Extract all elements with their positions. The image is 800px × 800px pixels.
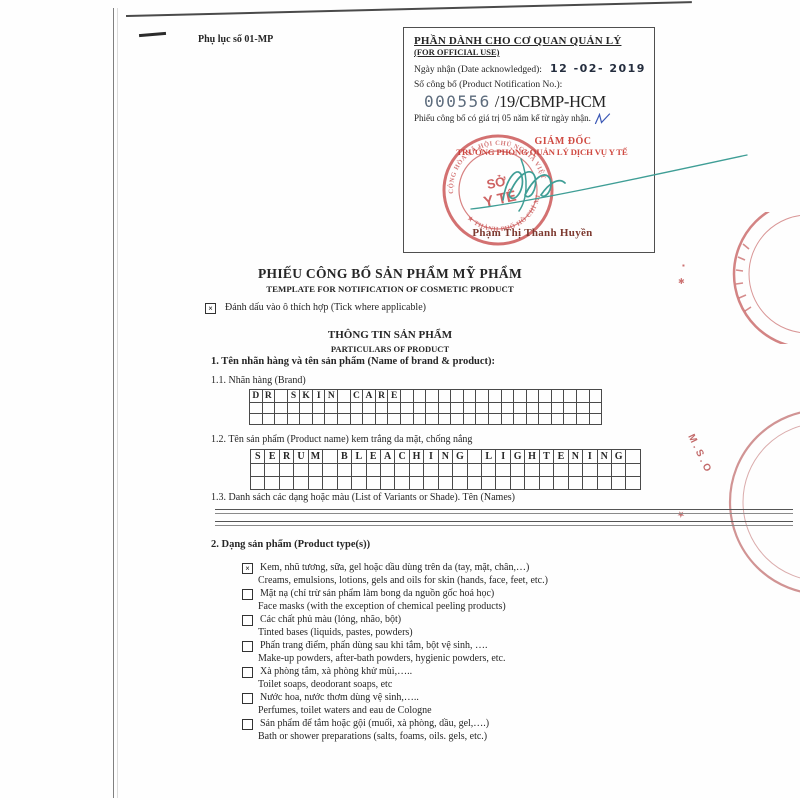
grid-cell xyxy=(489,403,502,413)
grid-cell xyxy=(626,450,639,463)
grid-cell xyxy=(511,464,525,476)
grid-cell xyxy=(590,403,602,413)
grid-cell xyxy=(554,464,568,476)
grid-cell: L xyxy=(482,450,496,463)
product-type-checkbox xyxy=(242,667,253,678)
grid-cell: U xyxy=(294,450,308,463)
grid-cell xyxy=(453,464,467,476)
grid-cell: C xyxy=(351,390,364,402)
grid-cell xyxy=(275,390,288,402)
grid-cell xyxy=(338,403,351,413)
grid-cell: A xyxy=(381,450,395,463)
grid-cell xyxy=(280,464,294,476)
grid-cell xyxy=(451,390,464,402)
product-type-en: Bath or shower preparations (salts, foam… xyxy=(258,730,682,743)
grid-cell xyxy=(388,403,401,413)
grid-cell xyxy=(502,403,515,413)
notification-suffix: /19/CBMP-HCM xyxy=(495,92,606,111)
grid-cell: G xyxy=(511,450,525,463)
variants-label: 1.3. Danh sách các dạng hoặc màu (List o… xyxy=(211,492,515,503)
product-type-vi: Các chất phủ màu (lỏng, nhão, bột) xyxy=(260,613,401,626)
grid-cell xyxy=(265,464,279,476)
product-type-checkbox xyxy=(242,589,253,600)
grid-cell xyxy=(395,477,409,489)
grid-cell: L xyxy=(352,450,366,463)
grid-cell xyxy=(540,477,554,489)
product-type-vi: Xà phòng tắm, xà phòng khử mùi,….. xyxy=(260,665,412,678)
grid-cell xyxy=(250,403,263,413)
product-name-label: 1.2. Tên sản phẩm (Product name) kem trắ… xyxy=(211,434,472,445)
grid-cell xyxy=(424,477,438,489)
grid-cell xyxy=(367,477,381,489)
section-info-heading-en: PARTICULARS OF PRODUCT xyxy=(170,344,610,354)
stray-pen-mark xyxy=(139,32,166,37)
grid-cell xyxy=(514,403,527,413)
grid-cell xyxy=(511,477,525,489)
list-item: Các chất phủ màu (lỏng, nhão, bột) xyxy=(242,613,682,626)
grid-cell xyxy=(352,464,366,476)
grid-cell xyxy=(426,403,439,413)
grid-cell xyxy=(626,464,639,476)
grid-cell xyxy=(468,450,482,463)
grid-cell xyxy=(426,414,439,424)
grid-cell xyxy=(309,477,323,489)
grid-cell xyxy=(476,403,489,413)
grid-cell: H xyxy=(525,450,539,463)
grid-cell: M xyxy=(309,450,323,463)
grid-cell xyxy=(527,403,540,413)
tick-checkbox: × xyxy=(205,303,216,314)
document-title-vi: PHIẾU CÔNG BỐ SẢN PHẨM MỸ PHẨM xyxy=(170,266,610,282)
product-grid: SERUMBLEACHINGLIGHTENING xyxy=(250,449,641,490)
grid-cell xyxy=(410,464,424,476)
grid-cell xyxy=(564,390,577,402)
page-edge-line xyxy=(113,8,114,798)
grid-cell xyxy=(554,477,568,489)
grid-cell xyxy=(265,477,279,489)
grid-cell: I xyxy=(424,450,438,463)
tick-instruction-row: × Đánh dấu vào ô thích hợp (Tick where a… xyxy=(205,302,426,314)
grid-cell xyxy=(395,464,409,476)
product-type-checkbox: × xyxy=(242,563,253,574)
grid-cell xyxy=(381,477,395,489)
product-type-checkbox xyxy=(242,615,253,626)
grid-cell xyxy=(527,390,540,402)
grid-cell xyxy=(280,477,294,489)
grid-cell xyxy=(323,464,337,476)
product-type-en: Make-up powders, after-bath powders, hyg… xyxy=(258,652,682,665)
grid-cell xyxy=(338,390,351,402)
grid-cell xyxy=(583,464,597,476)
grid-cell xyxy=(464,390,477,402)
grid-cell xyxy=(338,414,351,424)
notification-number-row: 000556 /19/CBMP-HCM xyxy=(424,92,644,112)
grid-cell: S xyxy=(251,450,265,463)
section1-heading: 1. Tên nhãn hàng và tên sản phẩm (Name o… xyxy=(211,356,495,367)
grid-cell xyxy=(275,403,288,413)
grid-cell xyxy=(323,477,337,489)
variants-line-2 xyxy=(215,521,793,526)
grid-cell xyxy=(323,450,337,463)
grid-cell xyxy=(294,464,308,476)
edge-stamp-mark: ▪ xyxy=(682,261,685,270)
list-item: Phấn trang điểm, phấn dùng sau khi tắm, … xyxy=(242,639,682,652)
grid-cell xyxy=(476,390,489,402)
grid-cell xyxy=(300,414,313,424)
grid-cell xyxy=(527,414,540,424)
grid-cell xyxy=(288,403,301,413)
grid-cell xyxy=(539,390,552,402)
grid-cell xyxy=(363,414,376,424)
grid-cell xyxy=(552,403,565,413)
product-type-en: Perfumes, toilet waters and eau de Colog… xyxy=(258,704,682,717)
grid-cell xyxy=(439,414,452,424)
edge-stamp-mark2: ✱ xyxy=(678,277,685,286)
scanned-document: Phụ lục số 01-MP PHẦN DÀNH CHO CƠ QUAN Q… xyxy=(0,0,800,800)
notification-label: Số công bố (Product Notification No.): xyxy=(414,80,644,90)
document-title-en: TEMPLATE FOR NOTIFICATION OF COSMETIC PR… xyxy=(170,284,610,294)
grid-cell xyxy=(525,477,539,489)
grid-cell: T xyxy=(540,450,554,463)
grid-cell: N xyxy=(439,450,453,463)
validity-text: Phiếu công bố có giá trị 05 năm kể từ ng… xyxy=(414,113,591,123)
grid-cell xyxy=(263,414,276,424)
grid-cell: R xyxy=(280,450,294,463)
brand-label: 1.1. Nhãn hàng (Brand) xyxy=(211,375,306,386)
grid-cell xyxy=(251,477,265,489)
grid-cell xyxy=(564,403,577,413)
grid-cell xyxy=(482,464,496,476)
grid-cell xyxy=(288,414,301,424)
grid-row xyxy=(250,403,601,414)
list-item: Xà phòng tắm, xà phòng khử mùi,….. xyxy=(242,665,682,678)
grid-cell xyxy=(539,414,552,424)
list-item: Mặt nạ (chỉ trừ sản phẩm làm bong da ngu… xyxy=(242,587,682,600)
appendix-label: Phụ lục số 01-MP xyxy=(198,34,273,45)
date-stamp-value: 12 -02- 2019 xyxy=(550,62,646,75)
product-type-vi: Nước hoa, nước thơm dùng vệ sinh,….. xyxy=(260,691,419,704)
product-type-checkbox xyxy=(242,641,253,652)
grid-cell xyxy=(552,414,565,424)
grid-cell: K xyxy=(300,390,313,402)
grid-cell: A xyxy=(363,390,376,402)
official-box-title-vi: PHẦN DÀNH CHO CƠ QUAN QUẢN LÝ xyxy=(414,35,644,47)
grid-cell xyxy=(309,464,323,476)
page-edge-line-faint xyxy=(117,8,118,798)
grid-cell xyxy=(338,477,352,489)
grid-cell xyxy=(577,390,590,402)
grid-cell xyxy=(598,477,612,489)
grid-cell xyxy=(451,414,464,424)
list-item: Sản phẩm để tắm hoặc gội (muối, xà phòng… xyxy=(242,717,682,730)
grid-cell xyxy=(376,414,389,424)
grid-cell: E xyxy=(554,450,568,463)
grid-cell xyxy=(338,464,352,476)
notification-number: 000556 xyxy=(424,92,491,111)
product-type-vi: Sản phẩm để tắm hoặc gội (muối, xà phòng… xyxy=(260,717,489,730)
page-top-edge-line xyxy=(126,1,692,16)
grid-cell xyxy=(569,477,583,489)
signer-name: Phạm Thị Thanh Huyền xyxy=(430,227,635,239)
product-type-checkbox xyxy=(242,693,253,704)
grid-cell: E xyxy=(388,390,401,402)
grid-cell xyxy=(325,403,338,413)
grid-cell xyxy=(569,464,583,476)
grid-cell: S xyxy=(288,390,301,402)
grid-cell xyxy=(414,390,427,402)
tick-instruction-label: Đánh dấu vào ô thích hợp (Tick where app… xyxy=(225,302,426,313)
grid-cell xyxy=(294,477,308,489)
grid-cell: E xyxy=(367,450,381,463)
grid-cell: E xyxy=(265,450,279,463)
grid-cell xyxy=(552,390,565,402)
product-type-checkbox xyxy=(242,719,253,730)
edge-stamp-label: M.S.O xyxy=(685,432,714,476)
grid-cell xyxy=(564,414,577,424)
product-type-en: Creams, emulsions, lotions, gels and oil… xyxy=(258,574,682,587)
grid-cell xyxy=(410,477,424,489)
grid-cell xyxy=(612,477,626,489)
variants-line-1 xyxy=(215,509,793,514)
section2-heading: 2. Dạng sản phẩm (Product type(s)) xyxy=(211,539,370,550)
grid-cell: R xyxy=(263,390,276,402)
grid-cell xyxy=(313,403,326,413)
grid-cell xyxy=(381,464,395,476)
grid-cell xyxy=(401,403,414,413)
product-type-en: Tinted bases (liquids, pastes, powders) xyxy=(258,626,682,639)
grid-cell: I xyxy=(313,390,326,402)
grid-cell xyxy=(439,403,452,413)
grid-cell xyxy=(514,414,527,424)
grid-cell xyxy=(476,414,489,424)
grid-cell xyxy=(414,403,427,413)
grid-cell xyxy=(464,403,477,413)
grid-cell xyxy=(539,403,552,413)
grid-cell: D xyxy=(250,390,263,402)
grid-cell xyxy=(401,390,414,402)
grid-cell xyxy=(590,414,602,424)
grid-cell xyxy=(325,414,338,424)
list-item: Nước hoa, nước thơm dùng vệ sinh,….. xyxy=(242,691,682,704)
grid-cell xyxy=(352,477,366,489)
grid-cell xyxy=(388,414,401,424)
grid-cell xyxy=(496,464,510,476)
grid-cell xyxy=(489,414,502,424)
grid-cell: N xyxy=(325,390,338,402)
product-type-vi: Phấn trang điểm, phấn dùng sau khi tắm, … xyxy=(260,639,487,652)
grid-cell: I xyxy=(583,450,597,463)
grid-cell: N xyxy=(569,450,583,463)
brand-grid: DRSKINCARE xyxy=(249,389,602,425)
grid-cell xyxy=(439,464,453,476)
grid-cell xyxy=(439,390,452,402)
grid-cell xyxy=(468,464,482,476)
grid-cell xyxy=(300,403,313,413)
official-box-title-en: (FOR OFFICIAL USE) xyxy=(414,47,644,57)
grid-cell: N xyxy=(598,450,612,463)
product-type-en: Toilet soaps, deodorant soaps, etc xyxy=(258,678,682,691)
grid-cell xyxy=(426,390,439,402)
grid-cell: H xyxy=(410,450,424,463)
grid-cell xyxy=(275,414,288,424)
grid-cell xyxy=(502,414,515,424)
grid-cell xyxy=(482,477,496,489)
grid-cell xyxy=(363,403,376,413)
grid-row xyxy=(251,464,640,477)
product-type-en: Face masks (with the exception of chemic… xyxy=(258,600,682,613)
grid-row: DRSKINCARE xyxy=(250,390,601,403)
date-row: Ngày nhận (Date acknowledged):12 -02- 20… xyxy=(414,62,644,75)
grid-cell xyxy=(464,414,477,424)
grid-cell xyxy=(453,477,467,489)
grid-cell xyxy=(612,464,626,476)
grid-cell: I xyxy=(496,450,510,463)
edge-stamp-partial-top: ▪ ✱ xyxy=(648,212,800,344)
grid-cell xyxy=(351,414,364,424)
grid-cell xyxy=(598,464,612,476)
date-label: Ngày nhận (Date acknowledged): xyxy=(414,65,542,75)
grid-row xyxy=(251,477,640,489)
grid-cell: G xyxy=(453,450,467,463)
grid-row xyxy=(250,414,601,424)
grid-cell xyxy=(424,464,438,476)
section-info-heading-vi: THÔNG TIN SẢN PHẨM xyxy=(170,329,610,341)
grid-cell: G xyxy=(612,450,626,463)
product-type-vi: Kem, nhũ tương, sữa, gel hoặc dầu dùng t… xyxy=(260,561,529,574)
grid-cell: R xyxy=(376,390,389,402)
grid-cell xyxy=(540,464,554,476)
grid-cell xyxy=(414,414,427,424)
grid-cell xyxy=(351,403,364,413)
grid-cell: C xyxy=(395,450,409,463)
grid-cell xyxy=(468,477,482,489)
grid-cell xyxy=(439,477,453,489)
grid-cell xyxy=(313,414,326,424)
grid-cell: B xyxy=(338,450,352,463)
grid-cell xyxy=(263,403,276,413)
grid-cell xyxy=(489,390,502,402)
grid-cell xyxy=(525,464,539,476)
product-type-vi: Mặt nạ (chỉ trừ sản phẩm làm bong da ngu… xyxy=(260,587,494,600)
list-item: × Kem, nhũ tương, sữa, gel hoặc dầu dùng… xyxy=(242,561,682,574)
grid-cell xyxy=(250,414,263,424)
product-type-list: × Kem, nhũ tương, sữa, gel hoặc dầu dùng… xyxy=(242,561,682,743)
grid-cell xyxy=(502,390,515,402)
grid-cell xyxy=(626,477,639,489)
grid-cell xyxy=(577,414,590,424)
grid-cell xyxy=(514,390,527,402)
handwritten-initial-icon xyxy=(594,113,611,125)
grid-cell xyxy=(451,403,464,413)
grid-cell xyxy=(401,414,414,424)
grid-cell xyxy=(367,464,381,476)
grid-cell xyxy=(577,403,590,413)
grid-cell xyxy=(583,477,597,489)
grid-cell xyxy=(376,403,389,413)
grid-cell xyxy=(251,464,265,476)
grid-cell xyxy=(590,390,602,402)
grid-cell xyxy=(496,477,510,489)
grid-row: SERUMBLEACHINGLIGHTENING xyxy=(251,450,640,464)
